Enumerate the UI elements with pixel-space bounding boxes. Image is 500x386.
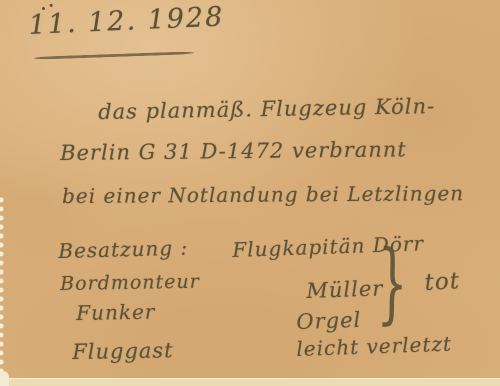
note-paper: 11. 12. 1928 das planmäß. Flugzeug Köln-… xyxy=(0,0,500,386)
date-underline xyxy=(34,51,194,60)
crew-role-fluggast: Fluggast xyxy=(72,338,174,364)
crew-role-funker: Funker xyxy=(76,300,156,325)
scan-corner-patch xyxy=(0,371,9,386)
crew-name-mueller: Müller xyxy=(306,276,384,303)
crew-role-besatzung: Besatzung : xyxy=(58,236,189,263)
body-line-3: bei einer Notlandung bei Letzlingen xyxy=(62,181,464,208)
crew-role-bordmonteur: Bordmonteur xyxy=(60,271,200,295)
crew-status-tot: tot xyxy=(424,268,461,296)
crew-status-leicht-verletzt: leicht verletzt xyxy=(296,332,452,361)
date-text: 11. 12. 1928 xyxy=(28,1,225,41)
scan-bottom-edge xyxy=(0,378,500,386)
crew-brace: } xyxy=(376,236,409,330)
crew-name-orgel: Orgel xyxy=(296,308,362,334)
perforated-left-edge xyxy=(0,196,6,380)
body-line-2: Berlin G 31 D-1472 verbrannt xyxy=(60,137,407,165)
body-line-1: das planmäß. Flugzeug Köln- xyxy=(98,94,435,124)
